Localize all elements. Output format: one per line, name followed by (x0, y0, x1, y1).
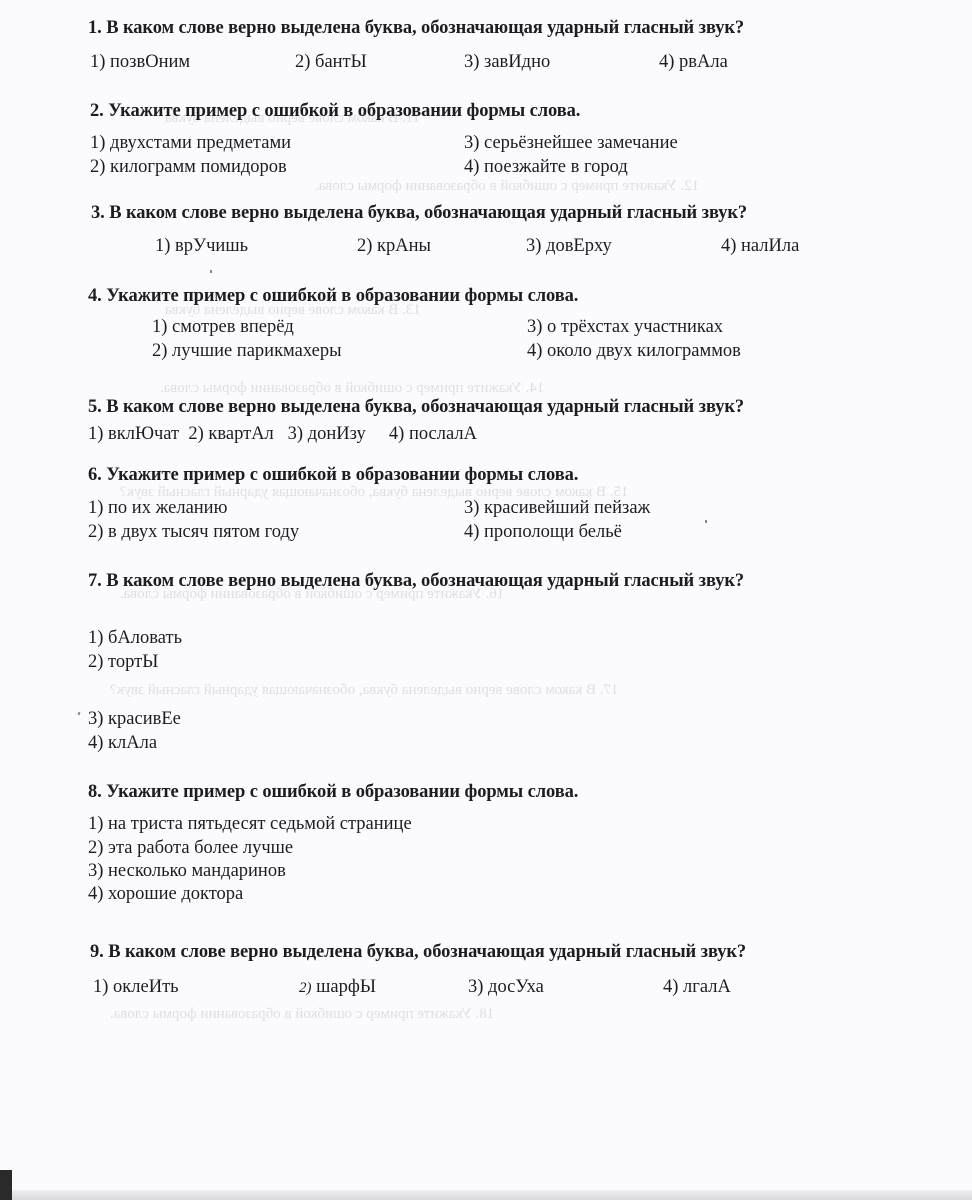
question-2-option-3: 3) серьёзнейшее замечание (464, 133, 678, 154)
question-2-option-2: 2) килограмм помидоров (90, 157, 287, 178)
question-2-option-4: 4) поезжайте в город (464, 157, 628, 178)
scan-speck (78, 712, 81, 716)
question-8-option-3: 3) несколько мандаринов (88, 861, 286, 882)
question-9-title: 9. В каком слове верно выделена буква, о… (90, 942, 746, 963)
question-5-options: 1) вклЮчат 2) квартАл 3) донИзу 4) посла… (88, 424, 477, 445)
scan-speck (705, 520, 707, 523)
scan-bottom-edge (0, 1190, 972, 1200)
bleed-through-text: 18. Укажите пример с ошибкой в образован… (110, 1006, 494, 1023)
question-9-option-3: 3) досУха (468, 977, 544, 998)
question-1-title: 1. В каком слове верно выделена буква, о… (88, 18, 744, 39)
question-6-title: 6. Укажите пример с ошибкой в образовани… (88, 465, 578, 486)
question-7-option-3: 3) красивЕе (88, 709, 181, 730)
question-3-option-1: 1) врУчишь (155, 236, 248, 257)
question-7-option-2: 2) тортЫ (88, 652, 158, 673)
bleed-through-text: 14. Укажите пример с ошибкой в образован… (160, 380, 544, 397)
question-9-option-2-word: шарфЫ (316, 977, 376, 997)
question-9-option-1: 1) оклеИть (93, 977, 179, 998)
question-1-option-2: 2) бантЫ (295, 52, 367, 73)
question-3-option-4: 4) налИла (721, 236, 799, 257)
question-8-option-1: 1) на триста пятьдесят седьмой странице (88, 814, 412, 835)
question-6-option-1: 1) по их желанию (88, 498, 227, 519)
question-1-option-4: 4) рвАла (659, 52, 728, 73)
question-8-title: 8. Укажите пример с ошибкой в образовани… (88, 782, 578, 803)
question-7-title: 7. В каком слове верно выделена буква, о… (88, 570, 808, 593)
question-4-option-3: 3) о трёхстах участниках (527, 317, 723, 338)
question-2-option-1: 1) двухстами предметами (90, 133, 291, 154)
question-4-option-4: 4) около двух килограммов (527, 341, 741, 362)
question-2-title: 2. Укажите пример с ошибкой в образовани… (90, 101, 580, 122)
bleed-through-text: 17. В каком слове верно выделена буква, … (110, 682, 619, 699)
question-9-option-2: 2) шарфЫ (299, 977, 376, 998)
question-6-option-3: 3) красивейший пейзаж (464, 498, 650, 519)
question-3-title: 3. В каком слове верно выделена буква, о… (91, 203, 747, 224)
question-6-option-2: 2) в двух тысяч пятом году (88, 522, 299, 543)
question-5-title: 5. В каком слове верно выделена буква, о… (88, 397, 744, 418)
bleed-through-text: 12. Укажите пример с ошибкой в образован… (315, 178, 699, 195)
question-9-option-2-number: 2) (299, 980, 312, 997)
question-7-option-1: 1) бАловать (88, 628, 182, 649)
question-7-option-4: 4) клАла (88, 733, 157, 754)
question-1-option-1: 1) позвОним (90, 52, 190, 73)
scan-speck (210, 270, 212, 273)
question-4-option-1: 1) смотрев вперёд (152, 317, 294, 338)
question-3-option-3: 3) довЕрху (526, 236, 612, 257)
question-3-option-2: 2) крАны (357, 236, 431, 257)
question-8-option-2: 2) эта работа более лучше (88, 838, 293, 859)
question-9-option-4: 4) лгалА (663, 977, 731, 998)
question-4-option-2: 2) лучшие парикмахеры (152, 341, 342, 362)
question-8-option-4: 4) хорошие доктора (88, 884, 243, 905)
question-6-option-4: 4) прополощи бельё (464, 522, 622, 543)
scan-left-edge (0, 1170, 12, 1200)
question-1-option-3: 3) завИдно (464, 52, 550, 73)
question-4-title: 4. Укажите пример с ошибкой в образовани… (88, 286, 578, 307)
test-page: 11. В каком слове верно выделена буква 1… (0, 0, 972, 1200)
